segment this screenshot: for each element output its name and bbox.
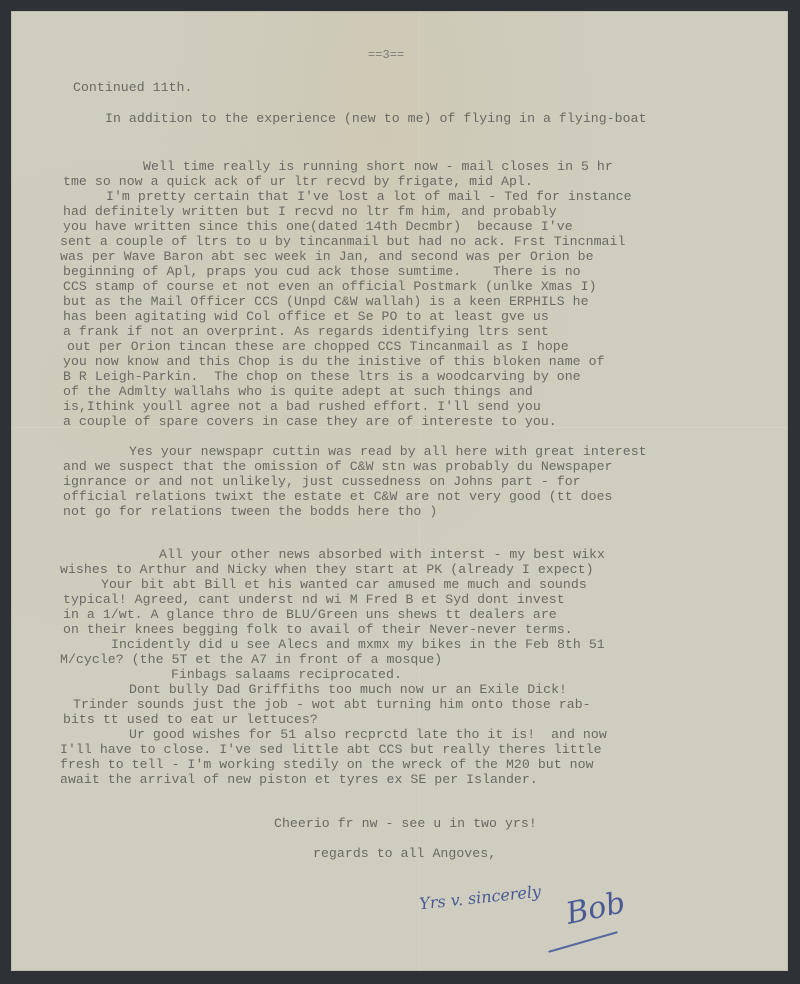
text-line: a couple of spare covers in case they ar… bbox=[63, 414, 557, 429]
text-line: await the arrival of new piston et tyres… bbox=[60, 772, 538, 787]
text-line: I'm pretty certain that I've lost a lot … bbox=[106, 189, 632, 204]
text-line: is,Ithink youll agree not a bad rushed e… bbox=[63, 399, 541, 414]
text-line: not go for relations tween the bodds her… bbox=[63, 504, 437, 519]
text-line: wishes to Arthur and Nicky when they sta… bbox=[60, 562, 594, 577]
signature-name: Bob bbox=[563, 885, 628, 932]
text-line: B R Leigh-Parkin. The chop on these ltrs… bbox=[63, 369, 581, 384]
text-line: sent a couple of ltrs to u by tincanmail… bbox=[60, 234, 625, 249]
text-line: was per Wave Baron abt sec week in Jan, … bbox=[60, 249, 594, 264]
text-line: Your bit abt Bill et his wanted car amus… bbox=[101, 577, 587, 592]
letter-page: ==3== Continued 11th. In addition to the… bbox=[11, 11, 788, 971]
text-line: on their knees begging folk to avail of … bbox=[63, 622, 573, 637]
text-line: Finbags salaams reciprocated. bbox=[171, 667, 402, 682]
text-line: Incidently did u see Alecs and mxmx my b… bbox=[111, 637, 605, 652]
text-line: beginning of Apl, praps you cud ack thos… bbox=[63, 264, 581, 279]
text-line: out per Orion tincan these are chopped C… bbox=[67, 339, 569, 354]
text-line: a frank if not an overprint. As regards … bbox=[63, 324, 549, 339]
text-line: you have written since this one(dated 14… bbox=[63, 219, 573, 234]
text-line: of the Admlty wallahs who is quite adept… bbox=[63, 384, 533, 399]
text-line: M/cycle? (the 5T et the A7 in front of a… bbox=[60, 652, 442, 667]
page-number: ==3== bbox=[368, 48, 404, 63]
text-line: and we suspect that the omission of C&W … bbox=[63, 459, 613, 474]
text-line: Yes your newspapr cuttin was read by all… bbox=[129, 444, 647, 459]
text-line: In addition to the experience (new to me… bbox=[105, 111, 647, 126]
text-line: tme so now a quick ack of ur ltr recvd b… bbox=[63, 174, 533, 189]
text-line: I'll have to close. I've sed little abt … bbox=[60, 742, 602, 757]
text-line: Cheerio fr nw - see u in two yrs! bbox=[274, 816, 537, 831]
text-line: you now know and this Chop is du the ini… bbox=[63, 354, 605, 369]
text-line: ignrance or and not unlikely, just cusse… bbox=[63, 474, 581, 489]
text-line: in a 1/wt. A glance thro de BLU/Green un… bbox=[63, 607, 557, 622]
signature-flourish bbox=[548, 931, 618, 953]
text-line: Trinder sounds just the job - wot abt tu… bbox=[73, 697, 591, 712]
text-line: Dont bully Dad Griffiths too much now ur… bbox=[129, 682, 567, 697]
text-line: fresh to tell - I'm working stedily on t… bbox=[60, 757, 594, 772]
letter-heading: Continued 11th. bbox=[73, 80, 192, 95]
text-line: All your other news absorbed with inters… bbox=[159, 547, 605, 562]
text-line: regards to all Angoves, bbox=[313, 846, 496, 861]
text-line: CCS stamp of course et not even an offic… bbox=[63, 279, 597, 294]
text-line: but as the Mail Officer CCS (Unpd C&W wa… bbox=[63, 294, 589, 309]
text-line: Ur good wishes for 51 also recprctd late… bbox=[129, 727, 607, 742]
text-line: official relations twixt the estate et C… bbox=[63, 489, 613, 504]
text-line: typical! Agreed, cant underst nd wi M Fr… bbox=[63, 592, 565, 607]
text-line: bits tt used to eat ur lettuces? bbox=[63, 712, 318, 727]
text-line: Well time really is running short now - … bbox=[143, 159, 613, 174]
text-line: had definitely written but I recvd no lt… bbox=[63, 204, 557, 219]
signature-closing: Yrs v. sincerely bbox=[418, 882, 541, 914]
text-line: has been agitating wid Col office et Se … bbox=[63, 309, 549, 324]
